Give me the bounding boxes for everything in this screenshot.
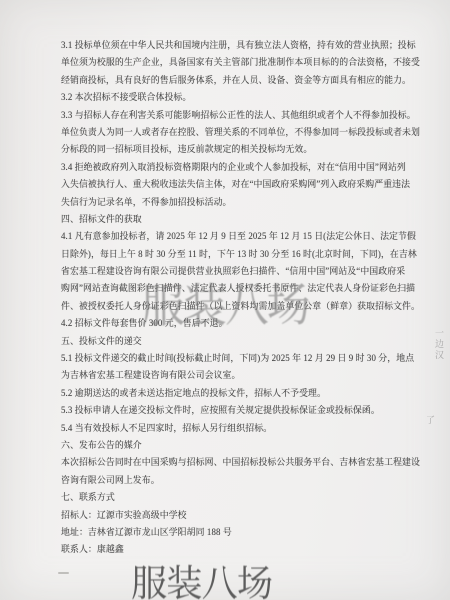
document-line: 5.1 投标文件递交的截止时间(投标截止时间，下同)为 2025 年 12 月 … (61, 350, 395, 367)
document-line: 四、招标文件的获取 (61, 211, 395, 228)
document-line: 日除外)，每日上午 8 时 30 分至 11 时，下午 13 时 30 分至 1… (61, 246, 395, 263)
document-line: 5.4 当有效投标人不足四家时，招标人另行组织招标。 (61, 420, 395, 437)
document-line: 经销商投标，具有良好的售后服务体系，并在人员、设备、资金等方面具有相应的能力。 (61, 72, 395, 89)
watermark-bottom: 服装八场 (131, 553, 272, 600)
document-line: 地址：吉林省辽源市龙山区学阳胡同 188 号 (61, 524, 395, 541)
document-line: 分标段的同一招标项目投标，违反前款规定的相关投标均无效。 (61, 141, 395, 158)
document-line: 单位须为校服的生产企业，具备国家有关主管部门批准制作本项目标的的合法资格，不接受 (61, 54, 395, 71)
document-line: 入失信被执行人、重大税收违法失信主体，对在“中国政府采购网”列入政府采购严重违法 (61, 176, 395, 193)
document-line: 单位负责人为同一人或者存在控股、管理关系的不同单位，不得参加同一标段投标或者未划 (61, 124, 395, 141)
edge-faint-mark: 了 (424, 415, 437, 424)
document-line: 七、联系方式 (61, 489, 395, 506)
edge-vertical-text: 一边汉 (433, 328, 446, 361)
document-line: 五、投标文件的递交 (61, 333, 395, 350)
document-line: 本次招标公告同时在中国采购与招标网、中国招标投标公共服务平台、吉林省宏基工程建设 (61, 454, 395, 471)
document-line: 3.3 与招标人存在利害关系可能影响招标公正性的法人、其他组织或者个人不得参加投… (61, 107, 395, 124)
document-line: 3.4 拒绝被政府列入取消投标资格期限内的企业或个人参加投标，对在“信用中国”网… (61, 159, 395, 176)
document-line: 失信行为记录名单，不得参加招投标活动。 (61, 194, 395, 211)
watermark-center: 服装八场 (141, 268, 309, 336)
document-line: 咨询有限公司网上发布。 (61, 472, 395, 489)
document-line: 3.2 本次招标不接受联合体投标。 (61, 89, 395, 106)
margin-dash-mark (58, 572, 69, 574)
document-line: 六、发布公告的媒介 (61, 437, 395, 454)
document-page: 3.1 投标单位须在中华人民共和国境内注册，具有独立法人资格，持有效的营业执照；… (0, 0, 450, 600)
document-line: 为吉林省宏基工程建设咨询有限公司会议室。 (61, 367, 395, 384)
document-line: 4.1 凡有意参加投标者，请 2025 年 12 月 9 日至 2025 年 1… (61, 228, 395, 245)
document-line: 招标人：辽源市实验高级中学校 (61, 507, 395, 524)
document-line: 5.2 逾期送达的或者未送达指定地点的投标文件，招标人不予受理。 (61, 385, 395, 402)
document-line: 3.1 投标单位须在中华人民共和国境内注册，具有独立法人资格，持有效的营业执照；… (61, 37, 395, 54)
document-line: 5.3 投标申请人在递交投标文件时，应按照有关规定提供投标保证金或投标保函。 (61, 402, 395, 419)
